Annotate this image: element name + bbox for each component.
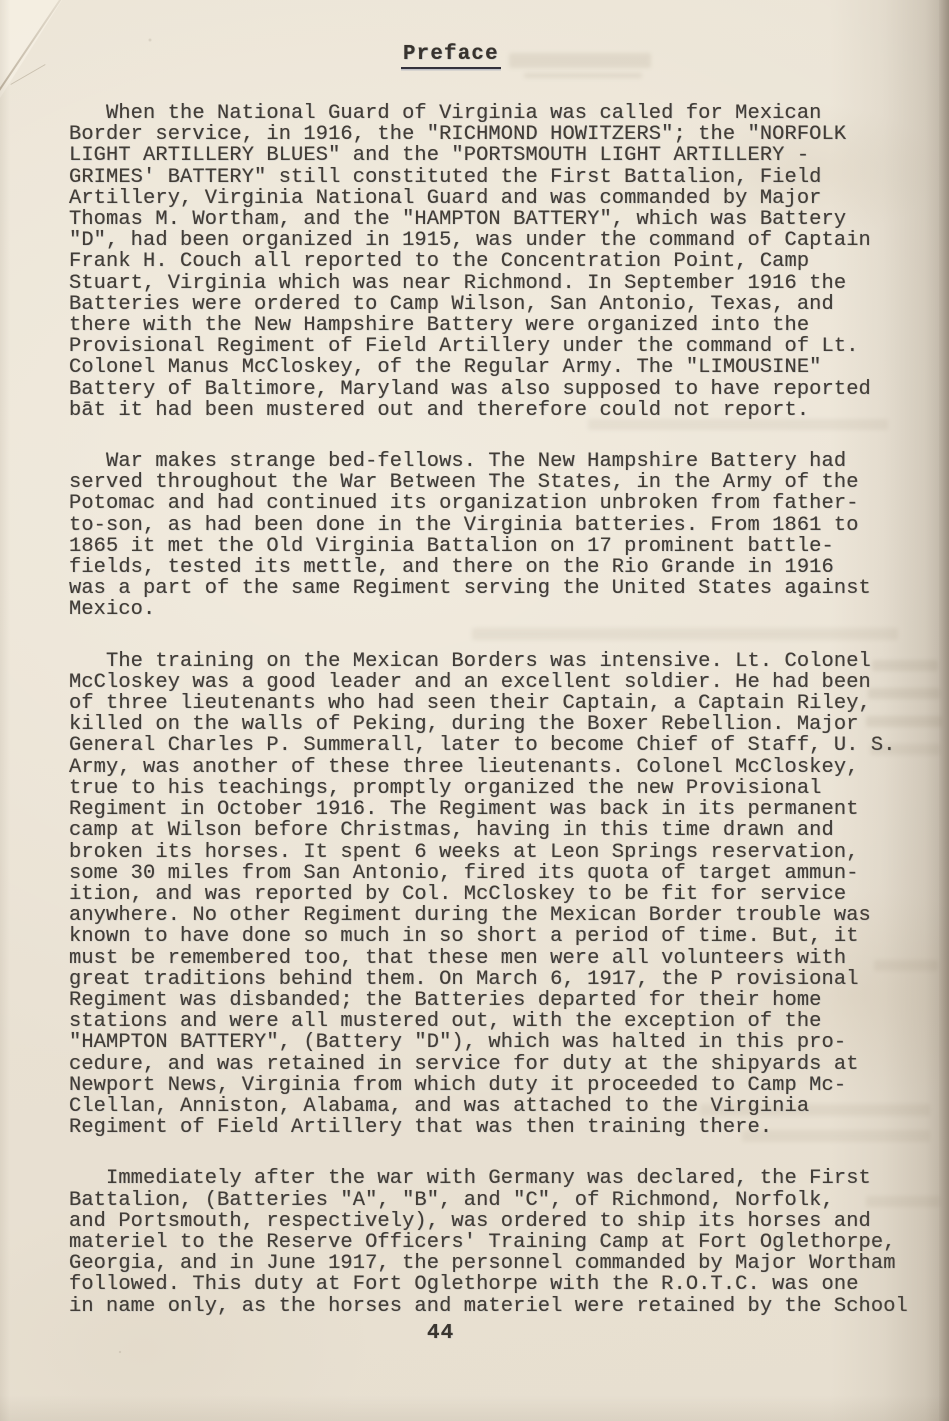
bottom-edge-shadow (0, 1395, 949, 1421)
bleed-through-artifact (509, 53, 651, 68)
right-edge-band (939, 0, 949, 1421)
page-title: Preface (401, 44, 501, 69)
text-block: When the National Guard of Virginia was … (69, 103, 929, 1317)
left-edge-shadow (0, 0, 10, 1421)
paragraph-2: War makes strange bed-fellows. The New H… (69, 451, 929, 621)
corner-crease-line (0, 0, 63, 99)
paragraph-3: The training on the Mexican Borders was … (69, 651, 929, 1139)
paragraph-1: When the National Guard of Virginia was … (69, 103, 929, 421)
bleed-through-artifact (524, 73, 642, 78)
corner-crease-line-small (10, 64, 45, 85)
page-number: 44 (427, 1322, 454, 1345)
paragraph-4: Immediately after the war with Germany w… (69, 1168, 929, 1316)
scanned-book-page: Preface When the National Guard of Virgi… (0, 0, 949, 1421)
corner-crease-highlight (0, 0, 78, 100)
